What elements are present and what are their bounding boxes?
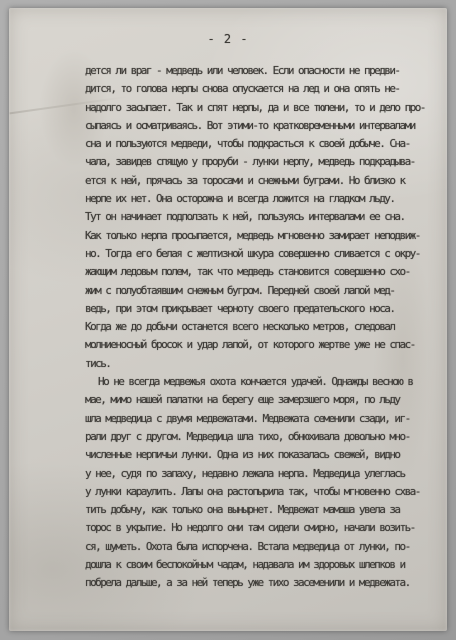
typewritten-page: - 2 - дется ли враг - медведь или челове… — [9, 8, 447, 631]
document-photo: - 2 - дется ли враг - медведь или челове… — [0, 0, 456, 640]
paragraph: Но не всегда медвежья охота кончается уд… — [85, 373, 427, 593]
paragraph: дется ли враг - медведь или человек. Есл… — [85, 62, 427, 373]
text-block: дется ли враг - медведь или человек. Есл… — [85, 62, 427, 593]
page-number: - 2 - — [9, 32, 447, 46]
